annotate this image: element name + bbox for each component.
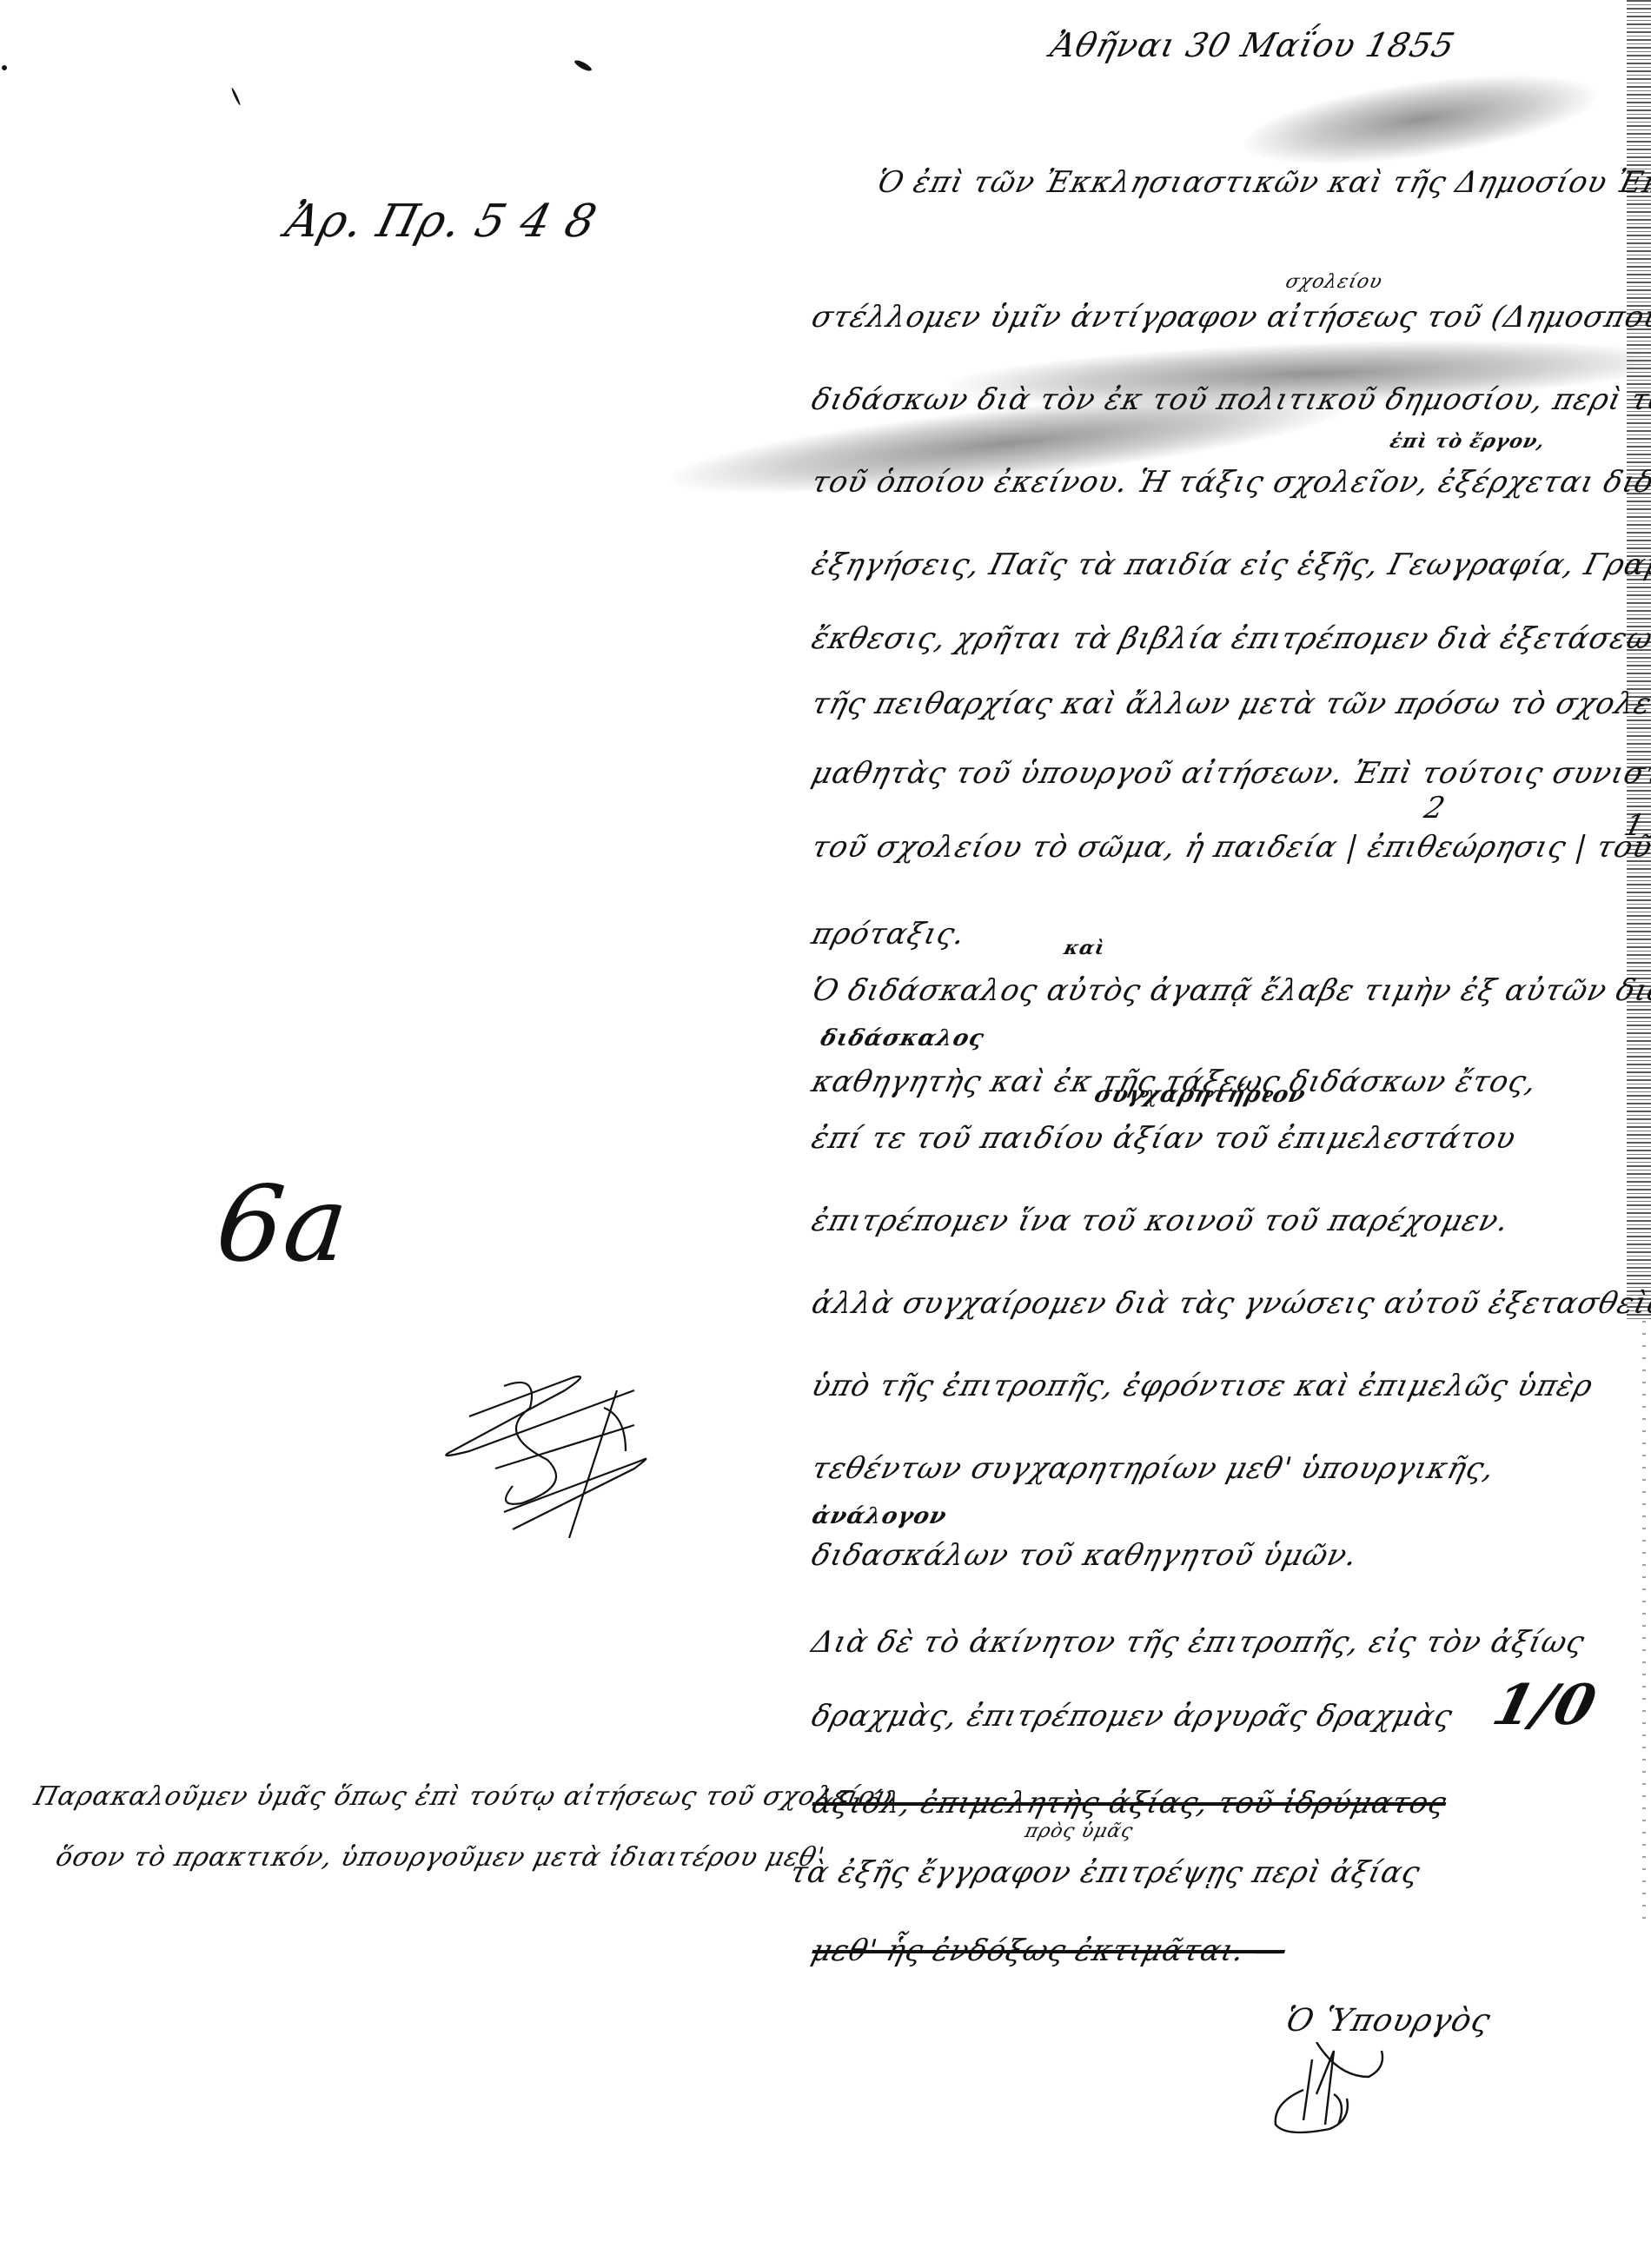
salutation-line: Ὁ ἐπὶ τῶν Ἐκκλησιαστικῶν καὶ τῆς Δημοσίο…	[873, 165, 1651, 200]
ink-smudge	[1239, 58, 1602, 181]
body-line-14: ἀλλὰ συγχαίρομεν διὰ τὰς γνώσεις αὐτοῦ ἐ…	[808, 1286, 1651, 1321]
folio-number: 6a	[211, 1164, 355, 1285]
superscript-note: διδάσκαλος	[818, 1025, 987, 1051]
body-line-1: στέλλομεν ὑμῖν ἀντίγραφον αἰτήσεως τοῦ (…	[808, 300, 1651, 335]
manuscript-page: Ἀθῆναι 30 Μαΐου 1855 Ὁ ἐπὶ τῶν Ἐκκλησιασ…	[0, 0, 1651, 2268]
superscript-note: 2	[1421, 791, 1449, 826]
superscript-note: συγχαρητήριον	[1091, 1082, 1309, 1108]
scanned-page-edge-lower	[1642, 1321, 1646, 1929]
superscript-note: πρὸς ὑμᾶς	[1023, 1820, 1136, 1842]
body-line-16: τεθέντων συγχαρητηρίων μεθ' ὑπουργικῆς,	[808, 1451, 1499, 1486]
struck-monogram-scribble	[417, 1338, 660, 1538]
body-line-4: ἐξηγήσεις, Παῖς τὰ παιδία εἰς ἑξῆς, Γεωγ…	[808, 547, 1651, 582]
body-line-8: τοῦ σχολείου τὸ σῶμα, ἡ παιδεία | ἐπιθεώ…	[808, 830, 1651, 865]
signature-icon	[1269, 2042, 1390, 2138]
body-line-5: ἔκθεσις, χρῆται τὰ βιβλία ἐπιτρέπομεν δι…	[808, 621, 1651, 656]
superscript-note: ἐπὶ τὸ ἔργον,	[1388, 430, 1548, 453]
body-line-12: ἐπί τε τοῦ παιδίου ἀξίαν τοῦ ἐπιμελεστάτ…	[808, 1121, 1520, 1156]
superscript-note: σχολείου	[1283, 271, 1385, 293]
superscript-note: καὶ	[1062, 937, 1109, 959]
body-line-20-struck: ἀξιόλ, ἐπιμελητὴς ἀξίας, τοῦ ἱδρύματος	[808, 1786, 1450, 1820]
superscript-note: ἀνάλογον	[809, 1503, 950, 1529]
body-line-10: Ὁ διδάσκαλος αὐτὸς ἀγαπᾷ ἔλαβε τιμὴν ἐξ …	[808, 973, 1651, 1008]
marginal-note-line-1: Παρακαλοῦμεν ὑμᾶς ὅπως ἐπὶ τούτῳ αἰτήσεω…	[31, 1781, 896, 1812]
body-line-17: διδασκάλων τοῦ καθηγητοῦ ὑμῶν.	[808, 1538, 1362, 1573]
body-line-9: πρόταξις.	[808, 917, 969, 952]
ink-speck	[230, 87, 241, 105]
marginal-note-line-2: ὅσον τὸ πρακτικόν, ὑπουργοῦμεν μετὰ ἰδια…	[53, 1842, 828, 1873]
body-line-22-struck: μεθ' ἧς ἐνδόξως ἐκτιμᾶται. —	[808, 1933, 1290, 1968]
body-line-21: τὰ ἐξῆς ἔγγραφον ἐπιτρέψῃς περὶ ἀξίας	[786, 1855, 1424, 1890]
ink-speck	[574, 58, 593, 73]
body-line-15: ὑπὸ τῆς ἐπιτροπῆς, ἐφρόντισε καὶ ἐπιμελῶ…	[808, 1369, 1596, 1403]
body-line-6: τῆς πειθαρχίας καὶ ἄλλων μετὰ τῶν πρόσω …	[808, 686, 1651, 721]
ink-speck	[2, 65, 7, 70]
body-line-2: διδάσκων διὰ τὸν ἐκ τοῦ πολιτικοῦ δημοσί…	[808, 382, 1651, 417]
body-line-18: Διὰ δὲ τὸ ἀκίνητον τῆς ἐπιτροπῆς, εἰς τὸ…	[808, 1625, 1588, 1660]
body-line-3: τοῦ ὁποίου ἐκείνου. Ἡ τάξις σχολεῖον, ἐξ…	[808, 465, 1651, 500]
date-line: Ἀθῆναι 30 Μαΐου 1855	[1047, 26, 1459, 64]
body-line-19: δραχμὰς, ἐπιτρέπομεν ἀργυρᾶς δραχμὰς	[808, 1699, 1456, 1734]
reference-number: Ἀρ. Πρ. 5 4 8	[281, 196, 602, 248]
closing-title: Ὁ Ὑπουργὸς	[1282, 2003, 1495, 2039]
body-line-13: ἐπιτρέπομεν ἵνα τοῦ κοινοῦ τοῦ παρέχομεν…	[808, 1204, 1513, 1238]
body-line-7: μαθητὰς τοῦ ὑπουργοῦ αἰτήσεων. Ἐπὶ τούτο…	[808, 756, 1651, 791]
amount-figure: 1/0	[1487, 1673, 1603, 1738]
